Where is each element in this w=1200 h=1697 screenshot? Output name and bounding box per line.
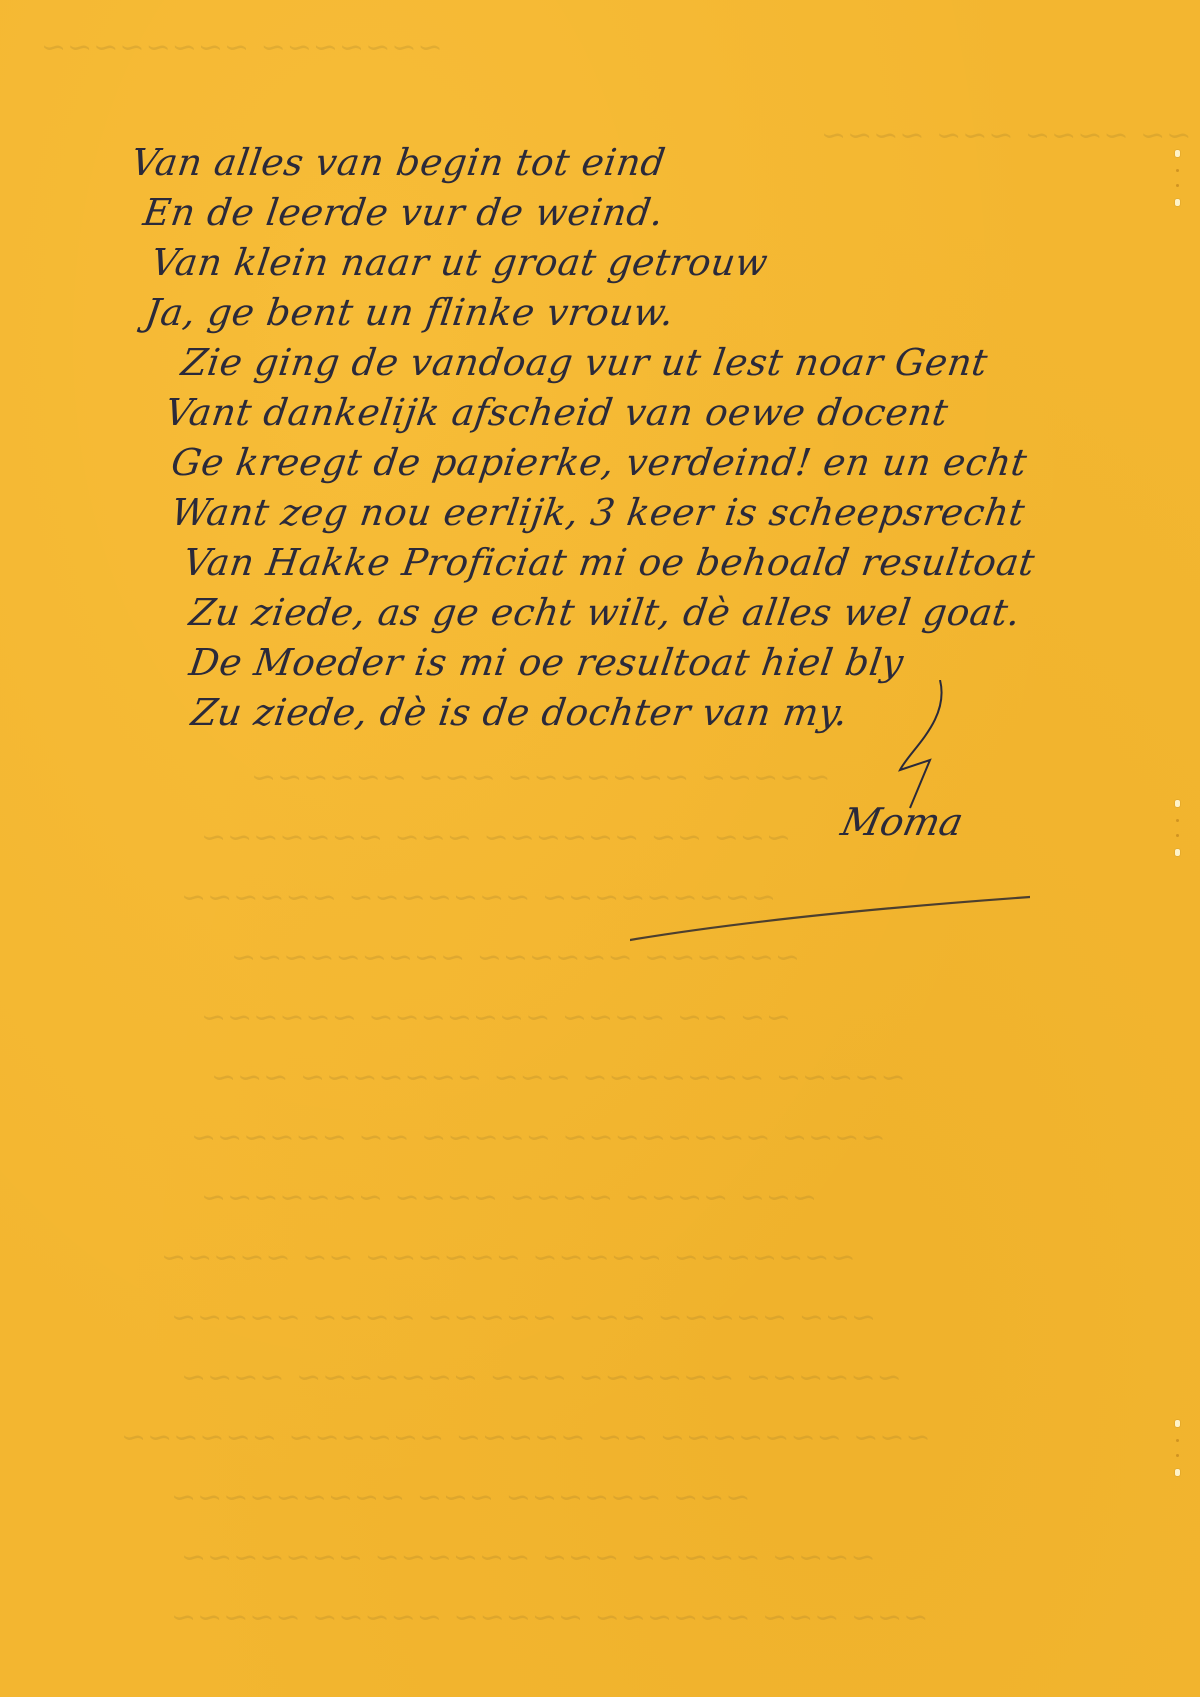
perforation-marks xyxy=(1172,150,1182,218)
poem-line: Zu ziede, as ge echt wilt, dè alles wel … xyxy=(128,588,1185,638)
pen-stroke-hook-icon xyxy=(880,680,960,810)
poem-line: Van alles van begin tot eind xyxy=(128,138,1185,188)
poem-line: De Moeder is mi oe resultoat hiel bly xyxy=(128,638,1185,688)
poem-line: Ja, ge bent un flinke vrouw. xyxy=(128,288,1185,338)
poem-line: Zie ging de vandoag vur ut lest noar Gen… xyxy=(128,338,1185,388)
signature: Moma xyxy=(837,800,967,844)
poem-body: Van alles van begin tot eind En de leerd… xyxy=(128,138,1178,738)
poem-line: Zu ziede, dè is de dochter van my. xyxy=(128,688,1185,738)
underline-flourish-icon xyxy=(630,895,1030,945)
poem-line: Van klein naar ut groat getrouw xyxy=(128,238,1185,288)
perforation-marks xyxy=(1172,1420,1182,1488)
poem-line: Want zeg nou eerlijk, 3 keer is scheepsr… xyxy=(128,488,1185,538)
poem-line: Van Hakke Proficiat mi oe behoald result… xyxy=(128,538,1185,588)
poem-line: Ge kreegt de papierke, verdeind! en un e… xyxy=(128,438,1185,488)
poem-line: En de leerde vur de weind. xyxy=(128,188,1185,238)
perforation-marks xyxy=(1172,800,1182,868)
paper-background: ~~~~~~~ ~~~~~~~~ ~~ ~~~~ ~~~ ~~~~ ~~~~~ … xyxy=(0,0,1200,1697)
poem-line: Vant dankelijk afscheid van oewe docent xyxy=(128,388,1185,438)
